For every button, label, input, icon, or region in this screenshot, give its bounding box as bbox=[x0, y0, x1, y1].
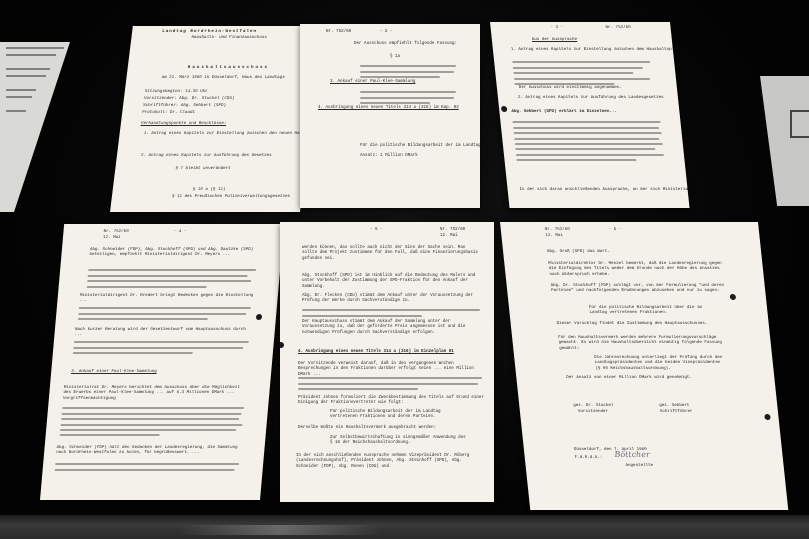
document-line: am 21. März 1960 in Düsseldorf, Haus des… bbox=[161, 76, 285, 81]
signature-right-role: Schriftführer bbox=[660, 410, 693, 415]
paragraph: Für politische Bildungsarbeit der im Lan… bbox=[330, 410, 470, 421]
document-date: 12. Mai bbox=[545, 234, 563, 239]
document-line: § 7 bleibt unverändert bbox=[175, 167, 231, 172]
page-marker: - 2 - bbox=[380, 30, 393, 35]
document-top-right: - 3 - Nr. 752/60 Aus der Aussprache 1. A… bbox=[490, 22, 690, 208]
document-line: Der Ausschuss wird einstimmig angenommen… bbox=[519, 86, 623, 91]
section-heading: 3. Ankauf einer Paul-Klee-Sammlung bbox=[71, 370, 157, 375]
paragraph: Derselbe müßte ein Haushaltsvermerk ausg… bbox=[298, 426, 484, 431]
document-line: § 1a bbox=[390, 55, 400, 60]
signature-left-name: gez. Dr. Stuckel bbox=[573, 404, 614, 409]
document-header: Landtag Nordrhein-Westfalen bbox=[162, 30, 258, 35]
document-line: Verhandlungspunkte und Beschlüsse: bbox=[140, 122, 226, 127]
document-title: Aus der Aussprache bbox=[532, 38, 578, 43]
document-line: 1. Antrag eines Kapitels zur Einstellung… bbox=[143, 132, 323, 137]
document-line: Vorsitzender: Abg. Dr. Stuckel (CDU) bbox=[143, 97, 234, 102]
punch-hole bbox=[764, 414, 771, 420]
document-line: Ansatz: 1 Million DMark bbox=[360, 154, 418, 159]
page-marker: - 6 - bbox=[609, 228, 622, 233]
document-date: 12. Mai bbox=[440, 234, 458, 239]
punch-hole bbox=[256, 314, 263, 320]
punch-hole bbox=[730, 294, 737, 300]
paragraph: Für die politische Bildungsarbeit über d… bbox=[589, 306, 710, 317]
paragraph: Abg. Schneider (FDP) hält den Gedanken d… bbox=[56, 446, 243, 457]
document-date: 12. Mai bbox=[103, 236, 121, 241]
document-line: 2. Antrag eines Kapitels zur Ausführung … bbox=[140, 154, 271, 159]
punch-hole bbox=[501, 106, 508, 112]
punch-hole bbox=[280, 342, 284, 348]
document-line: Für die politische Bildungsarbeit der im… bbox=[360, 144, 480, 149]
page-marker: - 4 - bbox=[173, 230, 186, 235]
paragraph: Für den Haushaltsvermerk werden mehrere … bbox=[558, 336, 740, 352]
frame-inner bbox=[790, 110, 809, 138]
document-line: Der Ausschuss empfiehlt folgende Fassung… bbox=[354, 42, 457, 47]
paragraph: Abg. Stockhoff (SPD) ist im Hinblick auf… bbox=[302, 274, 482, 290]
paragraph: Die Jahresrechnung unterliegt der Prüfun… bbox=[594, 356, 726, 372]
signature-role: Angestellte bbox=[625, 464, 653, 469]
document-bottom-right: Nr. 752/60 12. Mai - 6 - Abg. Groß (SPD)… bbox=[500, 222, 788, 510]
document-line: 1. Antrag eines Kapitels zur Einstellung… bbox=[511, 48, 680, 53]
document-bottom-middle: - 5 - Nr. 752/60 12. Mai werden können, … bbox=[280, 222, 494, 502]
paragraph: Abg. Dr. Stockhoff (FDP) schlägt vor, vo… bbox=[551, 284, 732, 295]
paragraph: Zur Selbstbewirtschaftung in sinngemäßer… bbox=[330, 436, 470, 447]
paragraph: Abg. Schneider (FDP), Abg. Stockhoff (SP… bbox=[89, 248, 260, 259]
document-line: § 11 des Preußischen Polizeiverwaltungsg… bbox=[171, 195, 290, 200]
section-heading: 3. Ankauf einer Paul-Klee-Sammlung bbox=[330, 80, 415, 85]
paragraph: werden können, das sollte auch nicht der… bbox=[302, 246, 482, 262]
document-ref: Nr. 752/60 bbox=[440, 228, 465, 233]
paragraph: Der Hauptausschuss stimmt dem Ankauf der… bbox=[302, 320, 484, 336]
paragraph: In der sich anschließenden Aussprache ne… bbox=[296, 454, 486, 470]
paragraph: Präsident Johnen formuliert die Zweckbes… bbox=[298, 396, 484, 407]
signature-left-role: Vorsitzender bbox=[578, 410, 609, 415]
document-ref: Nr. 752/60 bbox=[545, 228, 571, 233]
document-line: Protokoll: Dr. Claudi bbox=[142, 111, 195, 116]
paragraph: Dieser Vorschlag findet die Zustimmung d… bbox=[557, 322, 708, 327]
paragraph: Abg. Dr. Flecken (CDU) stimmt dem Ankauf… bbox=[302, 294, 482, 305]
page-marker: - 5 - bbox=[370, 228, 383, 233]
document-line: Schriftführer: Abg. Sebbert (SPD) bbox=[143, 104, 227, 109]
document-top-middle: Nr. 752/60 - 2 - Der Ausschuss empfiehlt… bbox=[300, 24, 480, 208]
paragraph: Ministerialdirektor Dr. Menzel bemerkt, … bbox=[548, 262, 730, 278]
paragraph: Abg. Groß (SPD) das Wort. bbox=[547, 250, 610, 255]
section-heading: 4. Ausbringung eines neuen Titels 314 a … bbox=[318, 106, 459, 111]
signature-right-name: gez. Sebbert bbox=[659, 404, 690, 409]
display-case-rail bbox=[0, 515, 809, 539]
fdra-label: F.d.R.d.A.: bbox=[575, 456, 603, 461]
paragraph: Der Ansatz von einer Million DMark wird … bbox=[566, 376, 692, 381]
document-ref: Nr. 752/60 bbox=[605, 26, 631, 31]
document-ref: Nr. 752/60 bbox=[326, 30, 351, 35]
document-ref: Nr. 752/60 bbox=[103, 230, 129, 235]
document-line: Sitzungsbeginn: 14.30 Uhr bbox=[144, 90, 207, 95]
document-bottom-left: Nr. 752/60 12. Mai - 4 - Abg. Schneider … bbox=[40, 224, 284, 500]
document-line: § 10 a (§ 11) bbox=[192, 188, 225, 193]
handwritten-signature: Böttcher bbox=[614, 450, 650, 459]
document-top-left: Landtag Nordrhein-Westfalen Haushalts- u… bbox=[110, 26, 323, 212]
page-marker: - 3 - bbox=[550, 26, 563, 31]
rail-glare bbox=[180, 525, 380, 535]
document-line: 2. Antrag eines Kapitels zur Ausführung … bbox=[518, 96, 664, 101]
document-line: In der sich daran anschließenden Ausspra… bbox=[519, 188, 689, 193]
document-title: Haushaltsausschuss bbox=[187, 66, 269, 71]
document-line: Abg. Sebbert (SPD) erklärt im Einzelnen.… bbox=[511, 110, 617, 115]
document-subheader: Haushalts- und Finanzausschuss bbox=[191, 36, 267, 41]
section-heading: 4. Ausbringung eines neuen Titels 314 a … bbox=[298, 350, 454, 355]
paragraph: Ministerialrat Dr. Meyers berichtet dem … bbox=[63, 386, 249, 402]
